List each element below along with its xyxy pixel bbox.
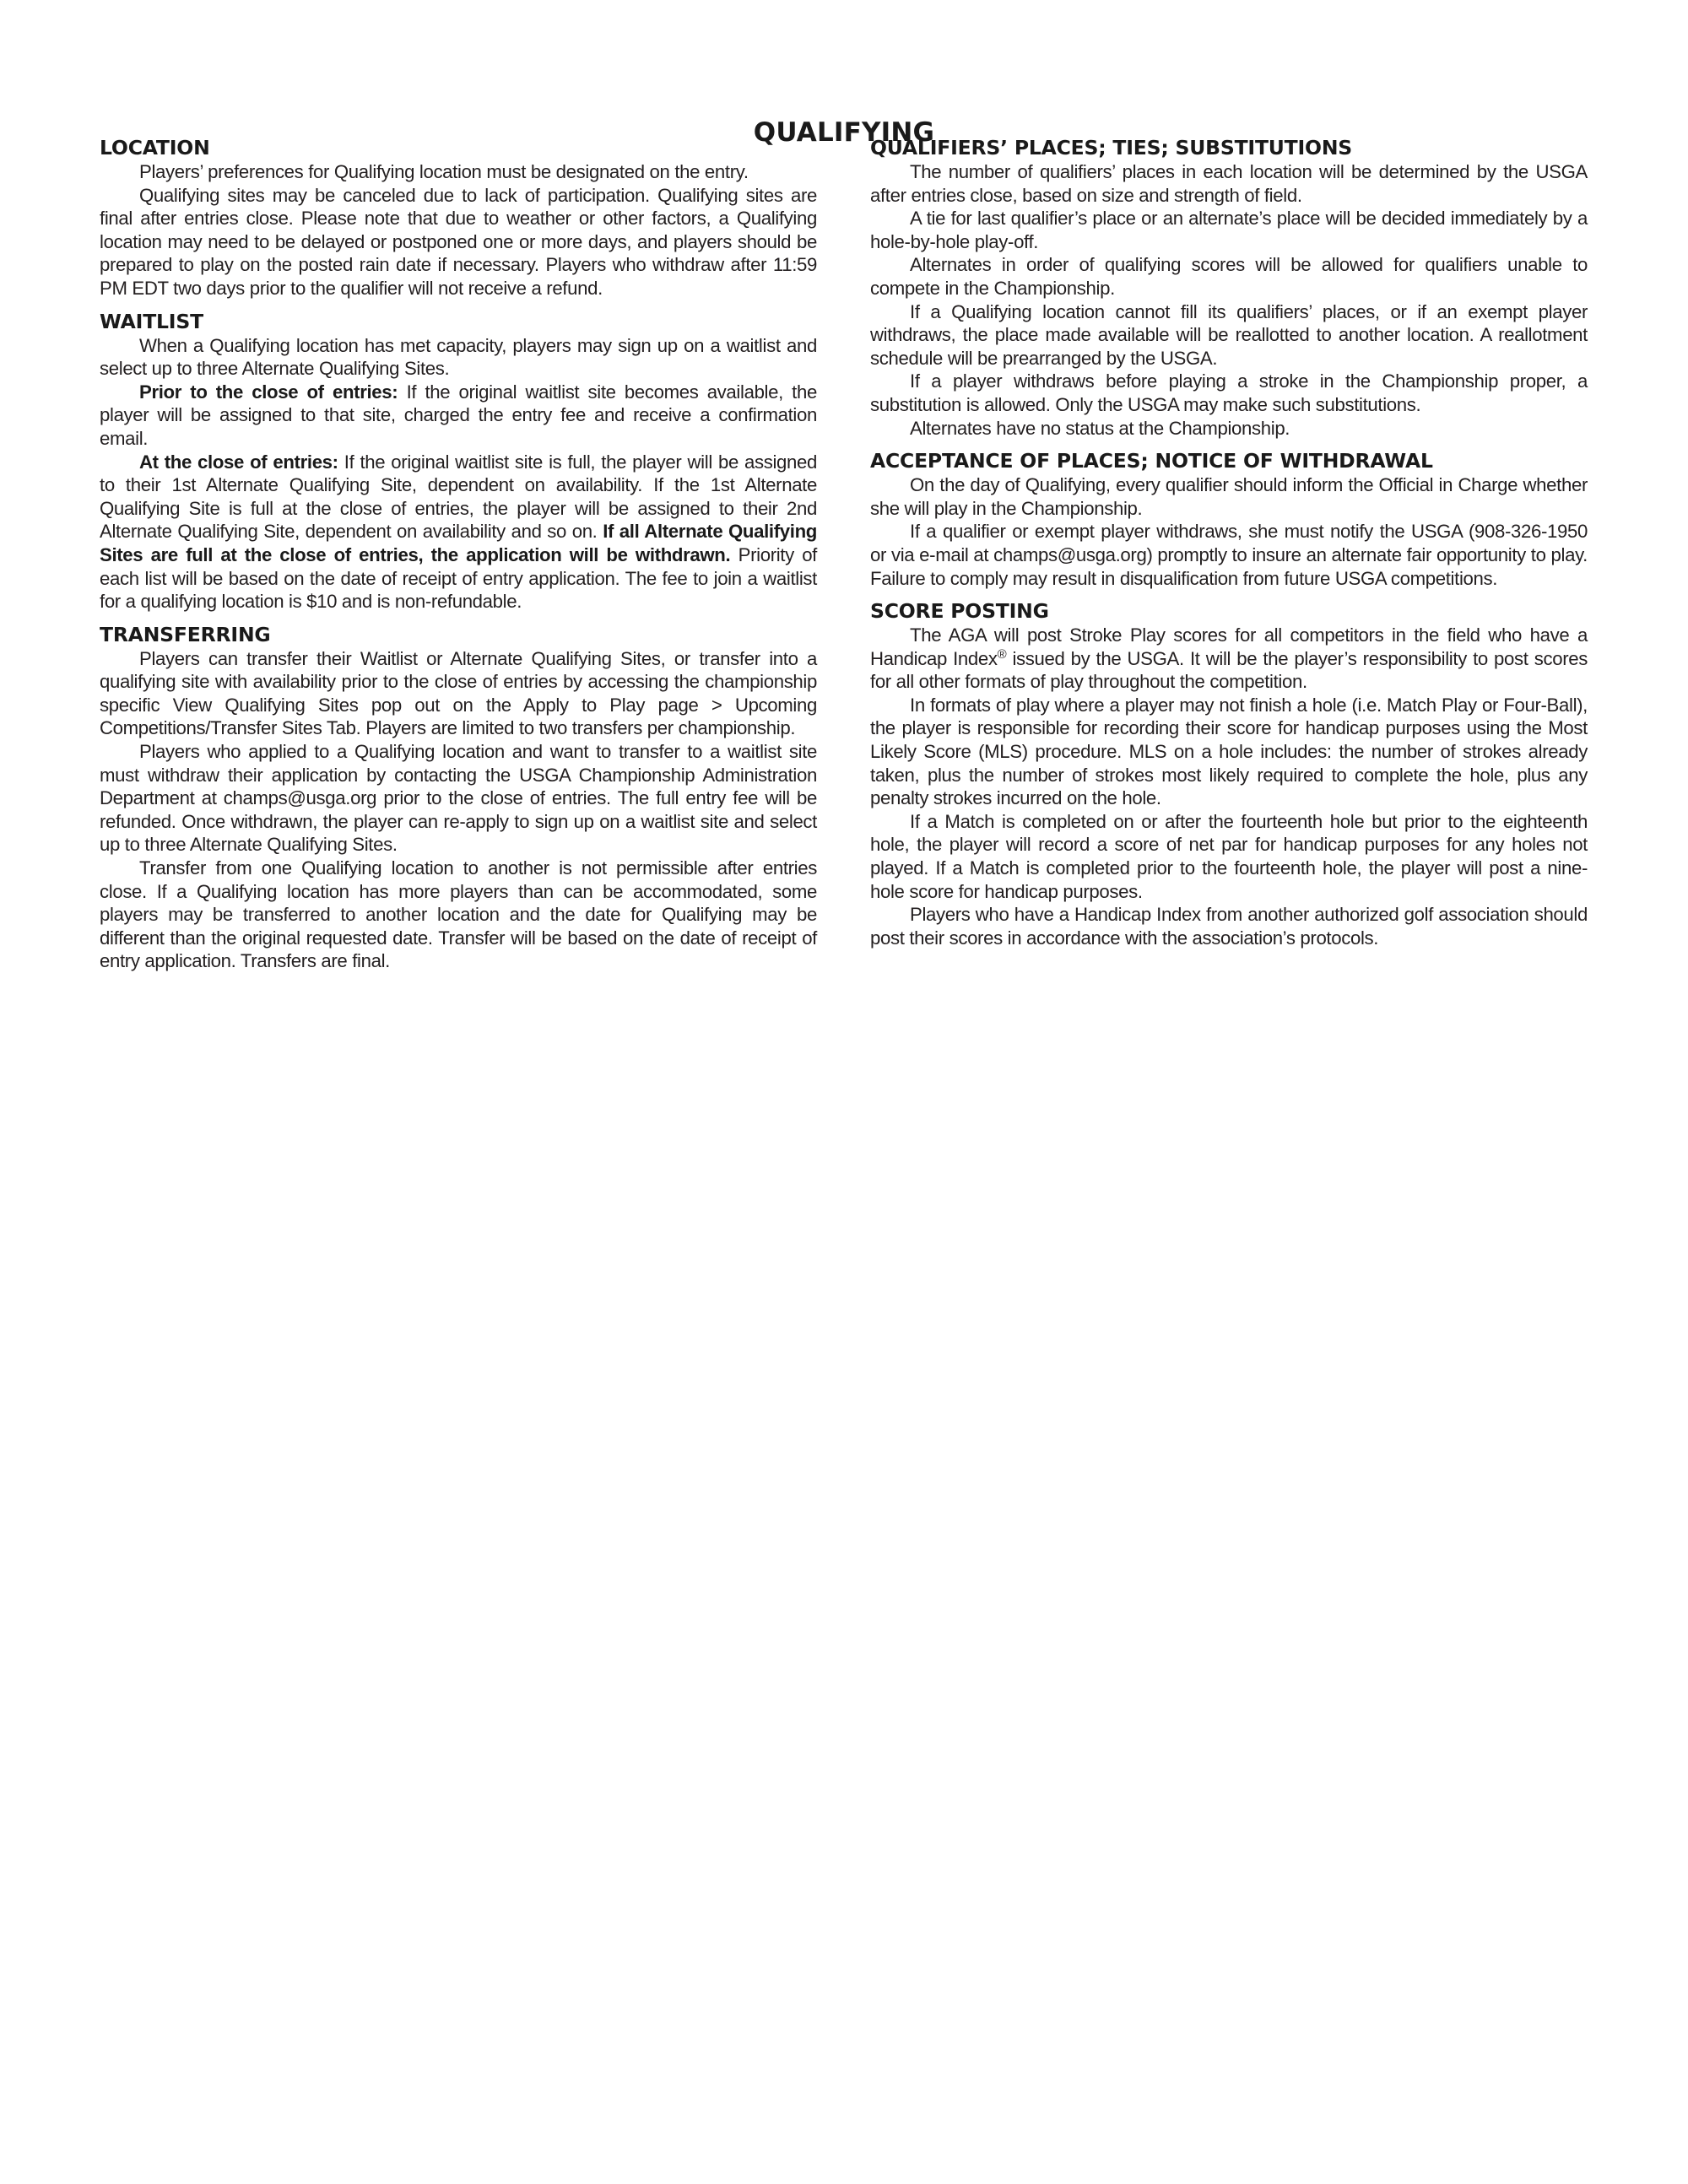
paragraph: If a Qualifying location cannot fill its… (870, 300, 1588, 370)
paragraph: If a qualifier or exempt player withdraw… (870, 520, 1588, 590)
section-acceptance-withdrawal: ACCEPTANCE OF PLACES; NOTICE OF WITHDRAW… (870, 448, 1588, 590)
paragraph: At the close of entries: If the original… (100, 451, 817, 614)
section-transferring: TRANSFERRING Players can transfer their … (100, 622, 817, 973)
bold-lead: Prior to the close of entries: (139, 381, 398, 403)
paragraph: Transfer from one Qualifying location to… (100, 857, 817, 973)
section-heading: LOCATION (100, 135, 817, 160)
paragraph: A tie for last qualifier’s place or an a… (870, 207, 1588, 253)
paragraph: Alternates in order of qualifying scores… (870, 253, 1588, 300)
section-heading: WAITLIST (100, 309, 817, 334)
right-column: QUALIFIERS’ PLACES; TIES; SUBSTITUTIONS … (870, 135, 1588, 949)
section-heading: SCORE POSTING (870, 598, 1588, 624)
bold-lead: At the close of entries: (139, 451, 338, 473)
section-qualifiers-places: QUALIFIERS’ PLACES; TIES; SUBSTITUTIONS … (870, 135, 1588, 440)
paragraph: If a player withdraws before playing a s… (870, 370, 1588, 416)
section-heading: ACCEPTANCE OF PLACES; NOTICE OF WITHDRAW… (870, 448, 1588, 473)
section-waitlist: WAITLIST When a Qualifying location has … (100, 309, 817, 614)
paragraph: Players who have a Handicap Index from a… (870, 903, 1588, 949)
section-heading: TRANSFERRING (100, 622, 817, 647)
paragraph: Players who applied to a Qualifying loca… (100, 740, 817, 857)
paragraph: Prior to the close of entries: If the or… (100, 381, 817, 451)
paragraph: In formats of play where a player may no… (870, 694, 1588, 810)
paragraph: If a Match is completed on or after the … (870, 810, 1588, 903)
paragraph: On the day of Qualifying, every qualifie… (870, 473, 1588, 520)
paragraph: Players’ preferences for Qualifying loca… (100, 160, 817, 184)
paragraph: Alternates have no status at the Champio… (870, 417, 1588, 441)
paragraph: The number of qualifiers’ places in each… (870, 160, 1588, 207)
section-location: LOCATION Players’ preferences for Qualif… (100, 135, 817, 300)
paragraph: Players can transfer their Waitlist or A… (100, 647, 817, 740)
section-heading: QUALIFIERS’ PLACES; TIES; SUBSTITUTIONS (870, 135, 1588, 160)
left-column: LOCATION Players’ preferences for Qualif… (100, 135, 817, 973)
paragraph: Qualifying sites may be canceled due to … (100, 184, 817, 300)
paragraph: The AGA will post Stroke Play scores for… (870, 624, 1588, 694)
paragraph: When a Qualifying location has met capac… (100, 334, 817, 381)
registered-trademark-symbol: ® (998, 647, 1007, 662)
section-score-posting: SCORE POSTING The AGA will post Stroke P… (870, 598, 1588, 949)
